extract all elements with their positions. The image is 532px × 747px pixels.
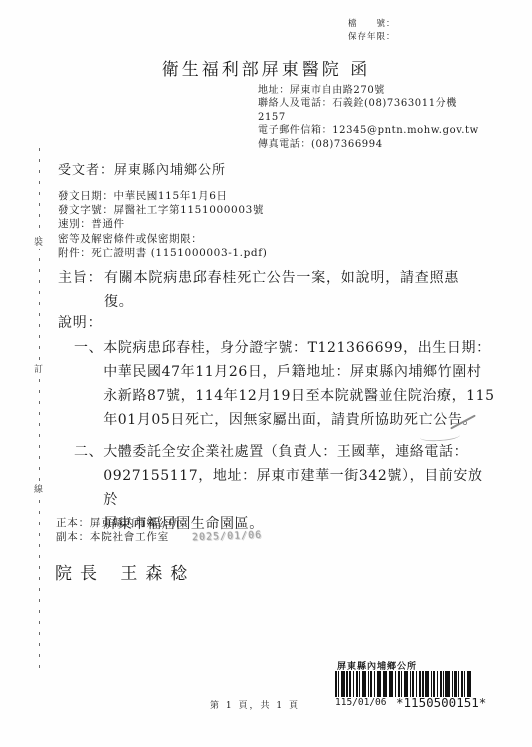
file-number-label: 檔 號：: [348, 18, 396, 31]
sender-contact-block: 地址：屏東市自由路270號 聯絡人及電話：石義銓(08)7363011分機 21…: [258, 84, 524, 151]
director-signature: 院長 王森稔: [55, 559, 195, 584]
subject-label: 主旨：: [58, 266, 104, 314]
original-copy-line: 正本：屏東縣內埔鄉公所: [56, 515, 180, 530]
recipient-line: 受文者：屏東縣內埔鄉公所: [58, 159, 226, 178]
subject-text: 有關本院病患邱春桂死亡公告一案，如說明，請查照惠 復。: [104, 266, 504, 314]
subject-paragraph: 主旨： 有關本院病患邱春桂死亡公告一案，如說明，請查照惠 復。: [58, 266, 504, 314]
document-title: 衛生福利部屏東醫院 函: [0, 55, 532, 80]
binding-mark-ding: 訂: [33, 364, 44, 376]
page-number: 第 1 頁，共 1 頁: [180, 698, 330, 711]
file-number-box: 檔 號： 保存年限：: [348, 18, 396, 44]
official-letter-page: 檔 號： 保存年限： 衛生福利部屏東醫院 函 地址：屏東市自由路270號 聯絡人…: [0, 0, 532, 747]
received-date-stamp: 2025/01/06: [192, 530, 263, 543]
barcode-image: [335, 671, 471, 697]
description-label: 說明：: [58, 312, 102, 332]
retention-period-label: 保存年限：: [348, 31, 396, 44]
document-meta-block: 發文日期：中華民國115年1月6日 發文字號：屏醫社工字第1151000003號…: [58, 189, 267, 260]
item-1-text: 本院病患邱春桂，身分證字號：T121366699，出生日期： 中華民國47年11…: [103, 336, 495, 432]
binding-mark-zhuang: 裝: [33, 237, 44, 249]
description-item-1: 一、 本院病患邱春桂，身分證字號：T121366699，出生日期： 中華民國47…: [74, 336, 495, 432]
barcode-number: *1150500151*: [396, 695, 486, 710]
binding-mark-xian: 線: [33, 484, 44, 496]
duplicate-copy-line: 副本：本院社會工作室: [56, 529, 169, 544]
barcode-date: 115/01/06: [335, 697, 386, 708]
item-1-number: 一、: [74, 336, 103, 432]
binding-fold-line: [39, 148, 40, 672]
